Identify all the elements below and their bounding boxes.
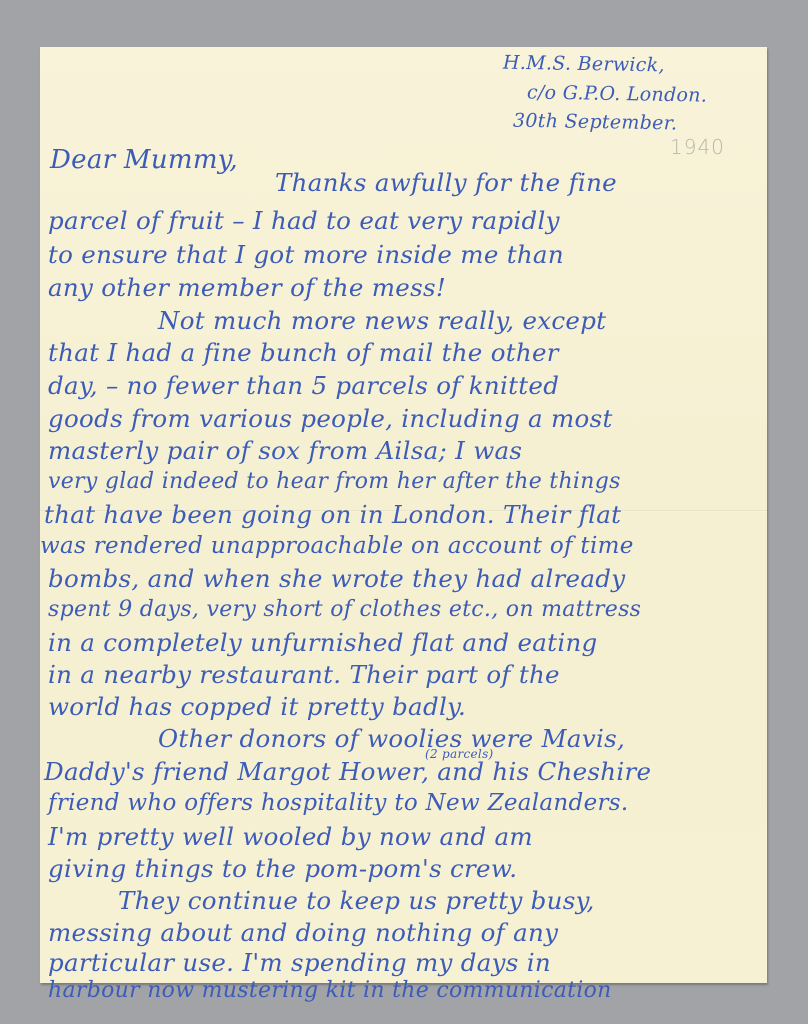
letter-line: was rendered unapproachable on account o… — [40, 535, 634, 558]
letter-line: any other member of the mess! — [48, 276, 446, 301]
letter-line: goods from various people, including a m… — [48, 407, 613, 432]
letter-line: Not much more news really, except — [158, 309, 606, 334]
pencil-year-note: 1940 — [670, 135, 725, 159]
letter-line: masterly pair of sox from Ailsa; I was — [48, 439, 522, 464]
letter-line: very glad indeed to hear from her after … — [48, 471, 621, 493]
letter-line: day, – no fewer than 5 parcels of knitte… — [48, 374, 559, 399]
letter-line: Daddy's friend Margot Hower, and his Che… — [44, 760, 651, 785]
letter-line: messing about and doing nothing of any — [48, 921, 558, 946]
letter-line: harbour now mustering kit in the communi… — [48, 980, 612, 1002]
letter-header-ship: H.M.S. Berwick, — [503, 52, 665, 77]
letter-line: bombs, and when she wrote they had alrea… — [48, 567, 625, 592]
letter-header-address: c/o G.P.O. London. — [527, 81, 708, 106]
letter-line: Thanks awfully for the fine — [275, 171, 617, 196]
letter-line: giving things to the pom-pom's crew. — [48, 857, 517, 882]
letter-page: H.M.S. Berwick, c/o G.P.O. London. 30th … — [40, 47, 767, 983]
letter-salutation: Dear Mummy, — [50, 147, 238, 173]
letter-line: I'm pretty well wooled by now and am — [48, 825, 533, 850]
letter-line: world has copped it pretty badly. — [48, 695, 466, 720]
letter-line: parcel of fruit – I had to eat very rapi… — [48, 209, 560, 234]
letter-line: in a completely unfurnished flat and eat… — [48, 631, 598, 656]
letter-line: that I had a fine bunch of mail the othe… — [48, 341, 559, 366]
letter-line: in a nearby restaurant. Their part of th… — [48, 663, 560, 688]
letter-line: that have been going on in London. Their… — [44, 503, 621, 528]
letter-line: friend who offers hospitality to New Zea… — [48, 792, 629, 815]
letter-header-date: 30th September. — [513, 110, 678, 135]
letter-line: spent 9 days, very short of clothes etc.… — [48, 599, 641, 621]
letter-line: They continue to keep us pretty busy, — [118, 889, 595, 914]
letter-line: particular use. I'm spending my days in — [48, 951, 551, 976]
letter-line: Other donors of woolies were Mavis, — [158, 727, 625, 752]
letter-line: to ensure that I got more inside me than — [48, 243, 564, 268]
